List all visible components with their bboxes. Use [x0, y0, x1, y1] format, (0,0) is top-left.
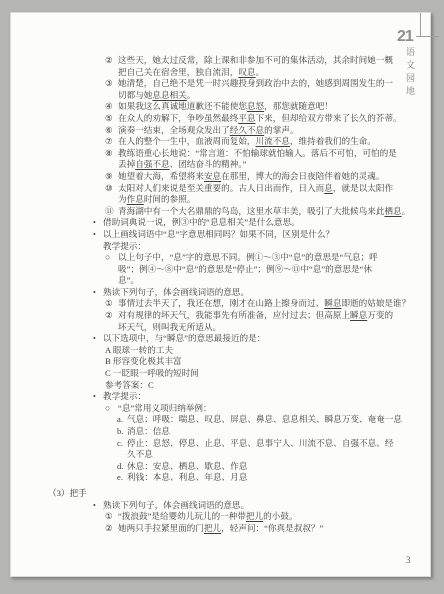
text-segment: 切都与她: [118, 90, 152, 100]
content-line: ②她两只手拉紧里面的门把儿，轻声问：“你真是叔叔？”: [105, 523, 401, 535]
line-text: 参考答案：C: [105, 380, 401, 392]
text-segment: 的小鼓。: [263, 511, 297, 521]
text-segment: “拨浪鼓”是给婴幼儿玩儿的一种带: [118, 511, 246, 521]
line-text: “息”常用义项归纳举例：: [118, 403, 401, 415]
text-segment: 参考答案：C: [105, 380, 154, 390]
content-line: 教学提示：: [103, 241, 401, 253]
underlined-word: 息怒: [247, 101, 264, 111]
text-segment: 对有规律的坏天气，我能事先有所准备，应付过去；但高原上: [118, 310, 350, 320]
line-text: 这些天，她太过反常，除上课和非参加不可的集体活动，其余时间她一概把自己关在宿舍里…: [118, 55, 401, 78]
text-segment: 气息；呼吸：喘息、叹息、屏息、鼻息、息息相关、瞬息万变、奄奄一息: [127, 414, 402, 424]
line-text: 教学提示：: [103, 241, 401, 253]
content-line: ④如果我这么真诚地道歉还不能使您息怒，那您就随意吧！: [105, 101, 401, 113]
text-segment: 熟读下列句子，体会画线词语的意思。: [103, 287, 249, 297]
line-marker: •: [93, 217, 103, 229]
line-text: 事情过去半天了，我还在想，刚才在山路上擦身而过、瞬息即逝的姑娘是谁？: [118, 298, 401, 310]
content-line: ⑧教练语重心长地说：“常言道：不怕输球就怕输人。落后不可怕，可怕的是丢掉自强不息…: [105, 148, 401, 171]
line-text: 停止：息怒、停息、止息、平息、息事宁人、川流不息、自强不息、经久不息: [127, 438, 401, 461]
text-segment: 即逝的姑娘是谁？: [341, 298, 410, 308]
line-text: 如果我这么真诚地道歉还不能使您息怒，那您就随意吧！: [118, 101, 401, 113]
text-segment: 她清楚，自己绝不是凭一时兴趣投身到政治中去的，她感到周围发生的一: [118, 78, 393, 88]
content-line: •熟读下列句子，体会画线词语的意思。: [93, 287, 401, 299]
text-segment: 时间的参照。: [144, 194, 196, 204]
line-text: “拨浪鼓”是给婴幼儿玩儿的一种带把儿的小鼓。: [118, 511, 401, 523]
text-segment: 。: [256, 67, 265, 77]
line-text: （3）把手: [48, 488, 401, 500]
line-marker: ⑨: [105, 171, 118, 183]
line-marker: ⑥: [105, 125, 118, 137]
line-marker: b.: [117, 426, 127, 438]
line-marker: e.: [117, 472, 127, 484]
line-marker: ⑩: [105, 183, 118, 195]
underlined-word: 经久不息: [230, 125, 264, 135]
text-segment: 熟读下列句子，体会画线词语的意思。: [103, 500, 249, 510]
content-line: 参考答案：C: [105, 380, 401, 392]
text-segment: 利钱：本息、利息、年息、月息: [127, 472, 247, 482]
content-line: B 形容变化极其丰富: [105, 356, 401, 368]
text-segment: ，轻声问：“你真是叔叔？”: [221, 523, 323, 533]
text-segment: 。: [187, 90, 196, 100]
text-segment: 如果我这么真诚地道歉还不能使您: [118, 101, 247, 111]
content-line: ○以上句子中，“息”字的意思不同。例①～③中“息”的意思是“气息；呼吸”；例④～…: [105, 252, 401, 287]
page-number: 3: [406, 555, 411, 565]
content-line: ⑤在众人的劝解下，争吵虽然最终平息下来，但却给双方带来了长久的芥蒂。: [105, 113, 401, 125]
underlined-word: 平息: [238, 113, 255, 123]
text-segment: 息”。: [118, 275, 139, 285]
lesson-tab-title: 语文园地: [404, 47, 417, 99]
line-text: 气息；呼吸：喘息、叹息、屏息、鼻息、息息相关、瞬息万变、奄奄一息: [127, 414, 401, 426]
line-text: 在众人的劝解下，争吵虽然最终平息下来，但却给双方带来了长久的芥蒂。: [118, 113, 401, 125]
text-segment: 万变的: [367, 310, 393, 320]
line-text: 她望着大海，希望将来安息在那里，博大的海会日夜陪伴着她的灵魂。: [118, 171, 401, 183]
line-marker: ①: [105, 511, 118, 523]
text-segment: 吸”；例④～⑧中“息”的意思是“停止”；例⑨～⑪中“息”的意思是“休: [118, 264, 372, 274]
line-marker: ⑪: [105, 206, 118, 218]
line-text: 借助词典说一说，例③中的“息息相关”是什么意思。: [103, 217, 401, 229]
underlined-word: 把儿: [204, 523, 221, 533]
line-marker: •: [93, 391, 103, 403]
text-segment: ，那您就随意吧！: [264, 101, 333, 111]
underlined-word: 息息相关: [152, 90, 186, 100]
line-marker: ⑦: [105, 136, 118, 148]
underlined-word: 把儿: [246, 511, 263, 521]
content-line: •借助词典说一说，例③中的“息息相关”是什么意思。: [93, 217, 401, 229]
line-text: 熟读下列句子，体会画线词语的意思。: [103, 500, 401, 512]
content-line: ①“拨浪鼓”是给婴幼儿玩儿的一种带把儿的小鼓。: [105, 511, 401, 523]
text-segment: 丢掉: [118, 159, 135, 169]
line-text: A 眼球一转的工夫: [105, 345, 401, 357]
line-marker: ○: [105, 403, 118, 415]
line-marker: ④: [105, 101, 118, 113]
underlined-word: 叹息: [238, 67, 255, 77]
line-marker: ①: [105, 298, 118, 310]
line-marker: a.: [117, 414, 127, 426]
line-text: 教练语重心长地说：“常言道：不怕输球就怕输人。落后不可怕，可怕的是丢掉自强不息、…: [118, 148, 401, 171]
content-line: e.利钱：本息、利息、年息、月息: [117, 472, 401, 484]
text-segment: B 形容变化极其丰富: [105, 356, 182, 366]
text-segment: 事情过去半天了，我还在想，刚才在山路上擦身而过、: [118, 298, 324, 308]
text-segment: 青海湖中有一个大名鼎鼎的鸟岛，这里水草丰美，吸引了大批候鸟来此: [118, 206, 384, 216]
text-segment: 教学提示：: [103, 391, 146, 401]
content-blocks: ②这些天，她太过反常，除上课和非参加不可的集体活动，其余时间她一概把自己关在宿舍…: [93, 55, 401, 534]
content-line: a.气息；呼吸：喘息、叹息、屏息、鼻息、息息相关、瞬息万变、奄奄一息: [117, 414, 401, 426]
content-line: ⑦在人的整个一生中，血液周而复始，川流不息，维持着我们的生命。: [105, 136, 401, 148]
content-line: ⑥演奏一结束，全场观众发出了经久不息的掌声。: [105, 125, 401, 137]
text-segment: “息”常用义项归纳举例：: [118, 403, 212, 413]
line-text: 以上画线词语中“息”字意思相同吗？如果不同，区别是什么？: [103, 229, 401, 241]
underlined-word: 川流不息: [256, 136, 290, 146]
text-segment: 在人的整个一生中，血液周而复始，: [118, 136, 256, 146]
text-segment: 这些天，她太过反常，除上课和非参加不可的集体活动，其余时间她一概: [118, 55, 393, 65]
line-text: 太阳对人们来说是至关重要的。古人日出而作，日入而息，就是以太阳作为作息时间的参照…: [118, 183, 401, 206]
line-text: 教学提示：: [103, 391, 401, 403]
text-segment: 为: [118, 194, 127, 204]
text-segment: ，维持着我们的生命。: [290, 136, 376, 146]
underlined-word: 栖息: [384, 206, 401, 216]
line-marker: d.: [117, 461, 127, 473]
content-line: C 一眨眼一呼吸的短时间: [105, 368, 401, 380]
text-segment: 她望着大海，希望将来: [118, 171, 204, 181]
text-segment: 休息：安息、栖息、歇息、作息: [127, 461, 247, 471]
text-segment: 教练语重心长地说：“常言道：不怕输球就怕输人。落后不可怕，可怕的是: [118, 148, 397, 158]
line-marker: •: [93, 287, 103, 299]
text-segment: 以上句子中，“息”字的意思不同。例①～③中“息”的意思是“气息；呼: [118, 252, 378, 262]
section-heading: （3）把手: [48, 488, 401, 500]
text-segment: 、团结奋斗的精神。”: [170, 159, 247, 169]
content-line: ⑩太阳对人们来说是至关重要的。古人日出而作，日入而息，就是以太阳作为作息时间的参…: [105, 183, 401, 206]
text-segment: 。: [402, 206, 411, 216]
content-line: •以上画线词语中“息”字意思相同吗？如果不同，区别是什么？: [93, 229, 401, 241]
underlined-word: 瞬息: [350, 310, 367, 320]
text-segment: 停止：息怒、停息、止息、平息、息事宁人、川流不息、自强不息、经: [127, 438, 393, 448]
content-line: ②这些天，她太过反常，除上课和非参加不可的集体活动，其余时间她一概把自己关在宿舍…: [105, 55, 401, 78]
text-segment: 她两只手拉紧里面的门: [118, 523, 204, 533]
line-marker: ③: [105, 78, 118, 90]
line-text: 消息：信息: [127, 426, 401, 438]
line-text: C 一眨眼一呼吸的短时间: [105, 368, 401, 380]
line-marker: •: [93, 229, 103, 241]
content-line: •以下选项中，与“瞬息”的意思最接近的是：: [93, 333, 401, 345]
line-marker: ②: [105, 523, 118, 535]
line-marker: ⑧: [105, 148, 118, 160]
line-text: 青海湖中有一个大名鼎鼎的鸟岛，这里水草丰美，吸引了大批候鸟来此栖息。: [118, 206, 401, 218]
line-text: 以上句子中，“息”字的意思不同。例①～③中“息”的意思是“气息；呼吸”；例④～⑧…: [118, 252, 401, 287]
underlined-word: 自强不息: [135, 159, 169, 169]
text-segment: 教学提示：: [103, 241, 146, 251]
underlined-word: 瞬息: [324, 298, 341, 308]
underlined-word: 息: [324, 183, 333, 193]
line-marker: ○: [105, 252, 118, 264]
text-segment: （3）把手: [48, 488, 87, 498]
line-marker: c.: [117, 438, 127, 450]
line-text: 她清楚，自己绝不是凭一时兴趣投身到政治中去的，她感到周围发生的一切都与她息息相关…: [118, 78, 401, 101]
text-segment: 借助词典说一说，例③中的“息息相关”是什么意思。: [103, 217, 300, 227]
line-marker: ②: [105, 310, 118, 322]
content-line: •教学提示：: [93, 391, 401, 403]
text-segment: 以上画线词语中“息”字意思相同吗？如果不同，区别是什么？: [103, 229, 334, 239]
line-text: 演奏一结束，全场观众发出了经久不息的掌声。: [118, 125, 401, 137]
text-segment: 把自己关在宿舍里，独自流泪，: [118, 67, 238, 77]
content-line: ①事情过去半天了，我还在想，刚才在山路上擦身而过、瞬息即逝的姑娘是谁？: [105, 298, 401, 310]
underlined-word: 安息: [204, 171, 221, 181]
content-line: ⑨她望着大海，希望将来安息在那里，博大的海会日夜陪伴着她的灵魂。: [105, 171, 401, 183]
line-text: 休息：安息、栖息、歇息、作息: [127, 461, 401, 473]
content-line: ③她清楚，自己绝不是凭一时兴趣投身到政治中去的，她感到周围发生的一切都与她息息相…: [105, 78, 401, 101]
content-line: ○“息”常用义项归纳举例：: [105, 403, 401, 415]
lesson-tab-number: 21: [397, 29, 413, 44]
line-marker: ⑤: [105, 113, 118, 125]
text-segment: 久不息: [127, 449, 153, 459]
content-line: d.休息：安息、栖息、歇息、作息: [117, 461, 401, 473]
text-segment: 坏天气，则叫我无所适从。: [118, 322, 221, 332]
line-marker: •: [93, 500, 103, 512]
line-marker: •: [93, 333, 103, 345]
content-line: ②对有规律的坏天气，我能事先有所准备，应付过去；但高原上瞬息万变的坏天气，则叫我…: [105, 310, 401, 333]
content-line: c.停止：息怒、停息、止息、平息、息事宁人、川流不息、自强不息、经久不息: [117, 438, 401, 461]
line-text: 对有规律的坏天气，我能事先有所准备，应付过去；但高原上瞬息万变的坏天气，则叫我无…: [118, 310, 401, 333]
content-line: b.消息：信息: [117, 426, 401, 438]
content-line: •熟读下列句子，体会画线词语的意思。: [93, 500, 401, 512]
line-text: 熟读下列句子，体会画线词语的意思。: [103, 287, 401, 299]
line-text: 在人的整个一生中，血液周而复始，川流不息，维持着我们的生命。: [118, 136, 401, 148]
text-segment: 消息：信息: [127, 426, 170, 436]
content-line: ⑪青海湖中有一个大名鼎鼎的鸟岛，这里水草丰美，吸引了大批候鸟来此栖息。: [105, 206, 401, 218]
text-segment: 的掌声。: [264, 125, 298, 135]
content-line: A 眼球一转的工夫: [105, 345, 401, 357]
line-text: 以下选项中，与“瞬息”的意思最接近的是：: [103, 333, 401, 345]
text-segment: A 眼球一转的工夫: [105, 345, 173, 355]
line-text: 她两只手拉紧里面的门把儿，轻声问：“你真是叔叔？”: [118, 523, 401, 535]
underlined-word: 作息: [127, 194, 144, 204]
text-segment: 演奏一结束，全场观众发出了: [118, 125, 230, 135]
text-segment: 在那里，博大的海会日夜陪伴着她的灵魂。: [221, 171, 384, 181]
text-segment: C 一眨眼一呼吸的短时间: [105, 368, 199, 378]
line-text: 利钱：本息、利息、年息、月息: [127, 472, 401, 484]
line-text: B 形容变化极其丰富: [105, 356, 401, 368]
text-segment: 以下选项中，与“瞬息”的意思最接近的是：: [103, 333, 265, 343]
text-segment: 在众人的劝解下，争吵虽然最终: [118, 113, 238, 123]
text-segment: ，就是以太阳作: [333, 183, 393, 193]
text-segment: 太阳对人们来说是至关重要的。古人日出而作，日入而: [118, 183, 324, 193]
tab-rule-horizontal: [416, 36, 439, 37]
line-marker: ②: [105, 55, 118, 67]
tab-rule-vertical: [420, 13, 421, 36]
text-segment: 下来，但却给双方带来了长久的芥蒂。: [256, 113, 402, 123]
